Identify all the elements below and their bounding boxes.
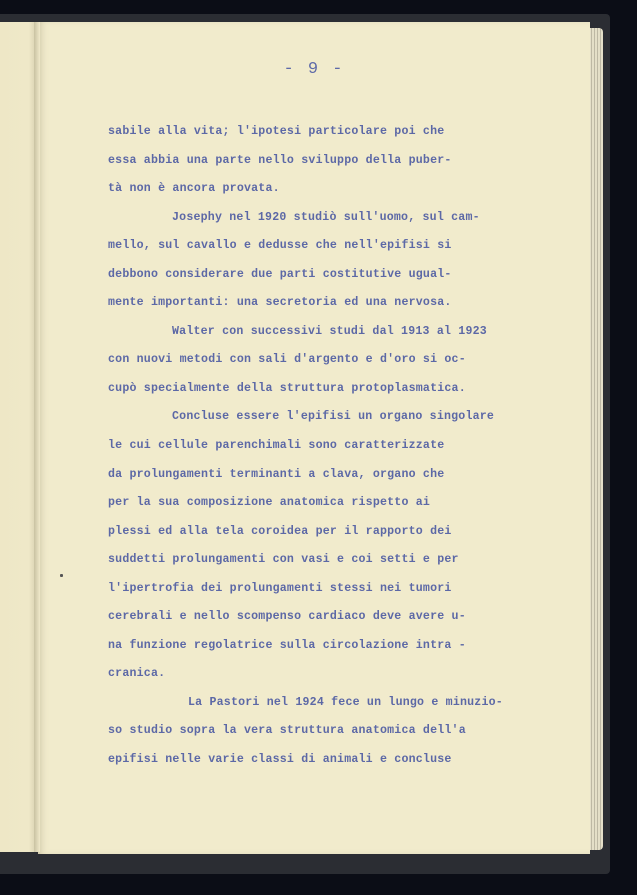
text-line: cranica.	[108, 660, 528, 689]
text-line: La Pastori nel 1924 fece un lungo e minu…	[108, 689, 528, 718]
text-line: le cui cellule parenchimali sono caratte…	[108, 432, 528, 461]
typed-body-text: sabile alla vita; l'ipotesi particolare …	[108, 118, 528, 775]
text-line: da prolungamenti terminanti a clava, org…	[108, 461, 528, 490]
text-line: sabile alla vita; l'ipotesi particolare …	[108, 118, 528, 147]
text-line: con nuovi metodi con sali d'argento e d'…	[108, 346, 528, 375]
facing-page-edge	[0, 22, 36, 852]
text-line: mello, sul cavallo e dedusse che nell'ep…	[108, 232, 528, 261]
page-number: - 9 -	[38, 60, 590, 79]
text-line: na funzione regolatrice sulla circolazio…	[108, 632, 528, 661]
text-line: plessi ed alla tela coroidea per il rapp…	[108, 518, 528, 547]
text-line: essa abbia una parte nello sviluppo dell…	[108, 147, 528, 176]
binding-gutter	[34, 22, 40, 852]
text-line: Walter con successivi studi dal 1913 al …	[108, 318, 528, 347]
text-line: Concluse essere l'epifisi un organo sing…	[108, 403, 528, 432]
text-line: so studio sopra la vera struttura anatom…	[108, 717, 528, 746]
text-line: mente importanti: una secretoria ed una …	[108, 289, 528, 318]
text-line: suddetti prolungamenti con vasi e coi se…	[108, 546, 528, 575]
text-line: Josephy nel 1920 studiò sull'uomo, sul c…	[108, 204, 528, 233]
text-line: debbono considerare due parti costitutiv…	[108, 261, 528, 290]
text-line: epifisi nelle varie classi di animali e …	[108, 746, 528, 775]
text-line: cerebrali e nello scompenso cardiaco dev…	[108, 603, 528, 632]
paper-speck	[60, 574, 63, 577]
text-line: cupò specialmente della struttura protop…	[108, 375, 528, 404]
text-line: per la sua composizione anatomica rispet…	[108, 489, 528, 518]
text-line: l'ipertrofia dei prolungamenti stessi ne…	[108, 575, 528, 604]
text-line: tà non è ancora provata.	[108, 175, 528, 204]
